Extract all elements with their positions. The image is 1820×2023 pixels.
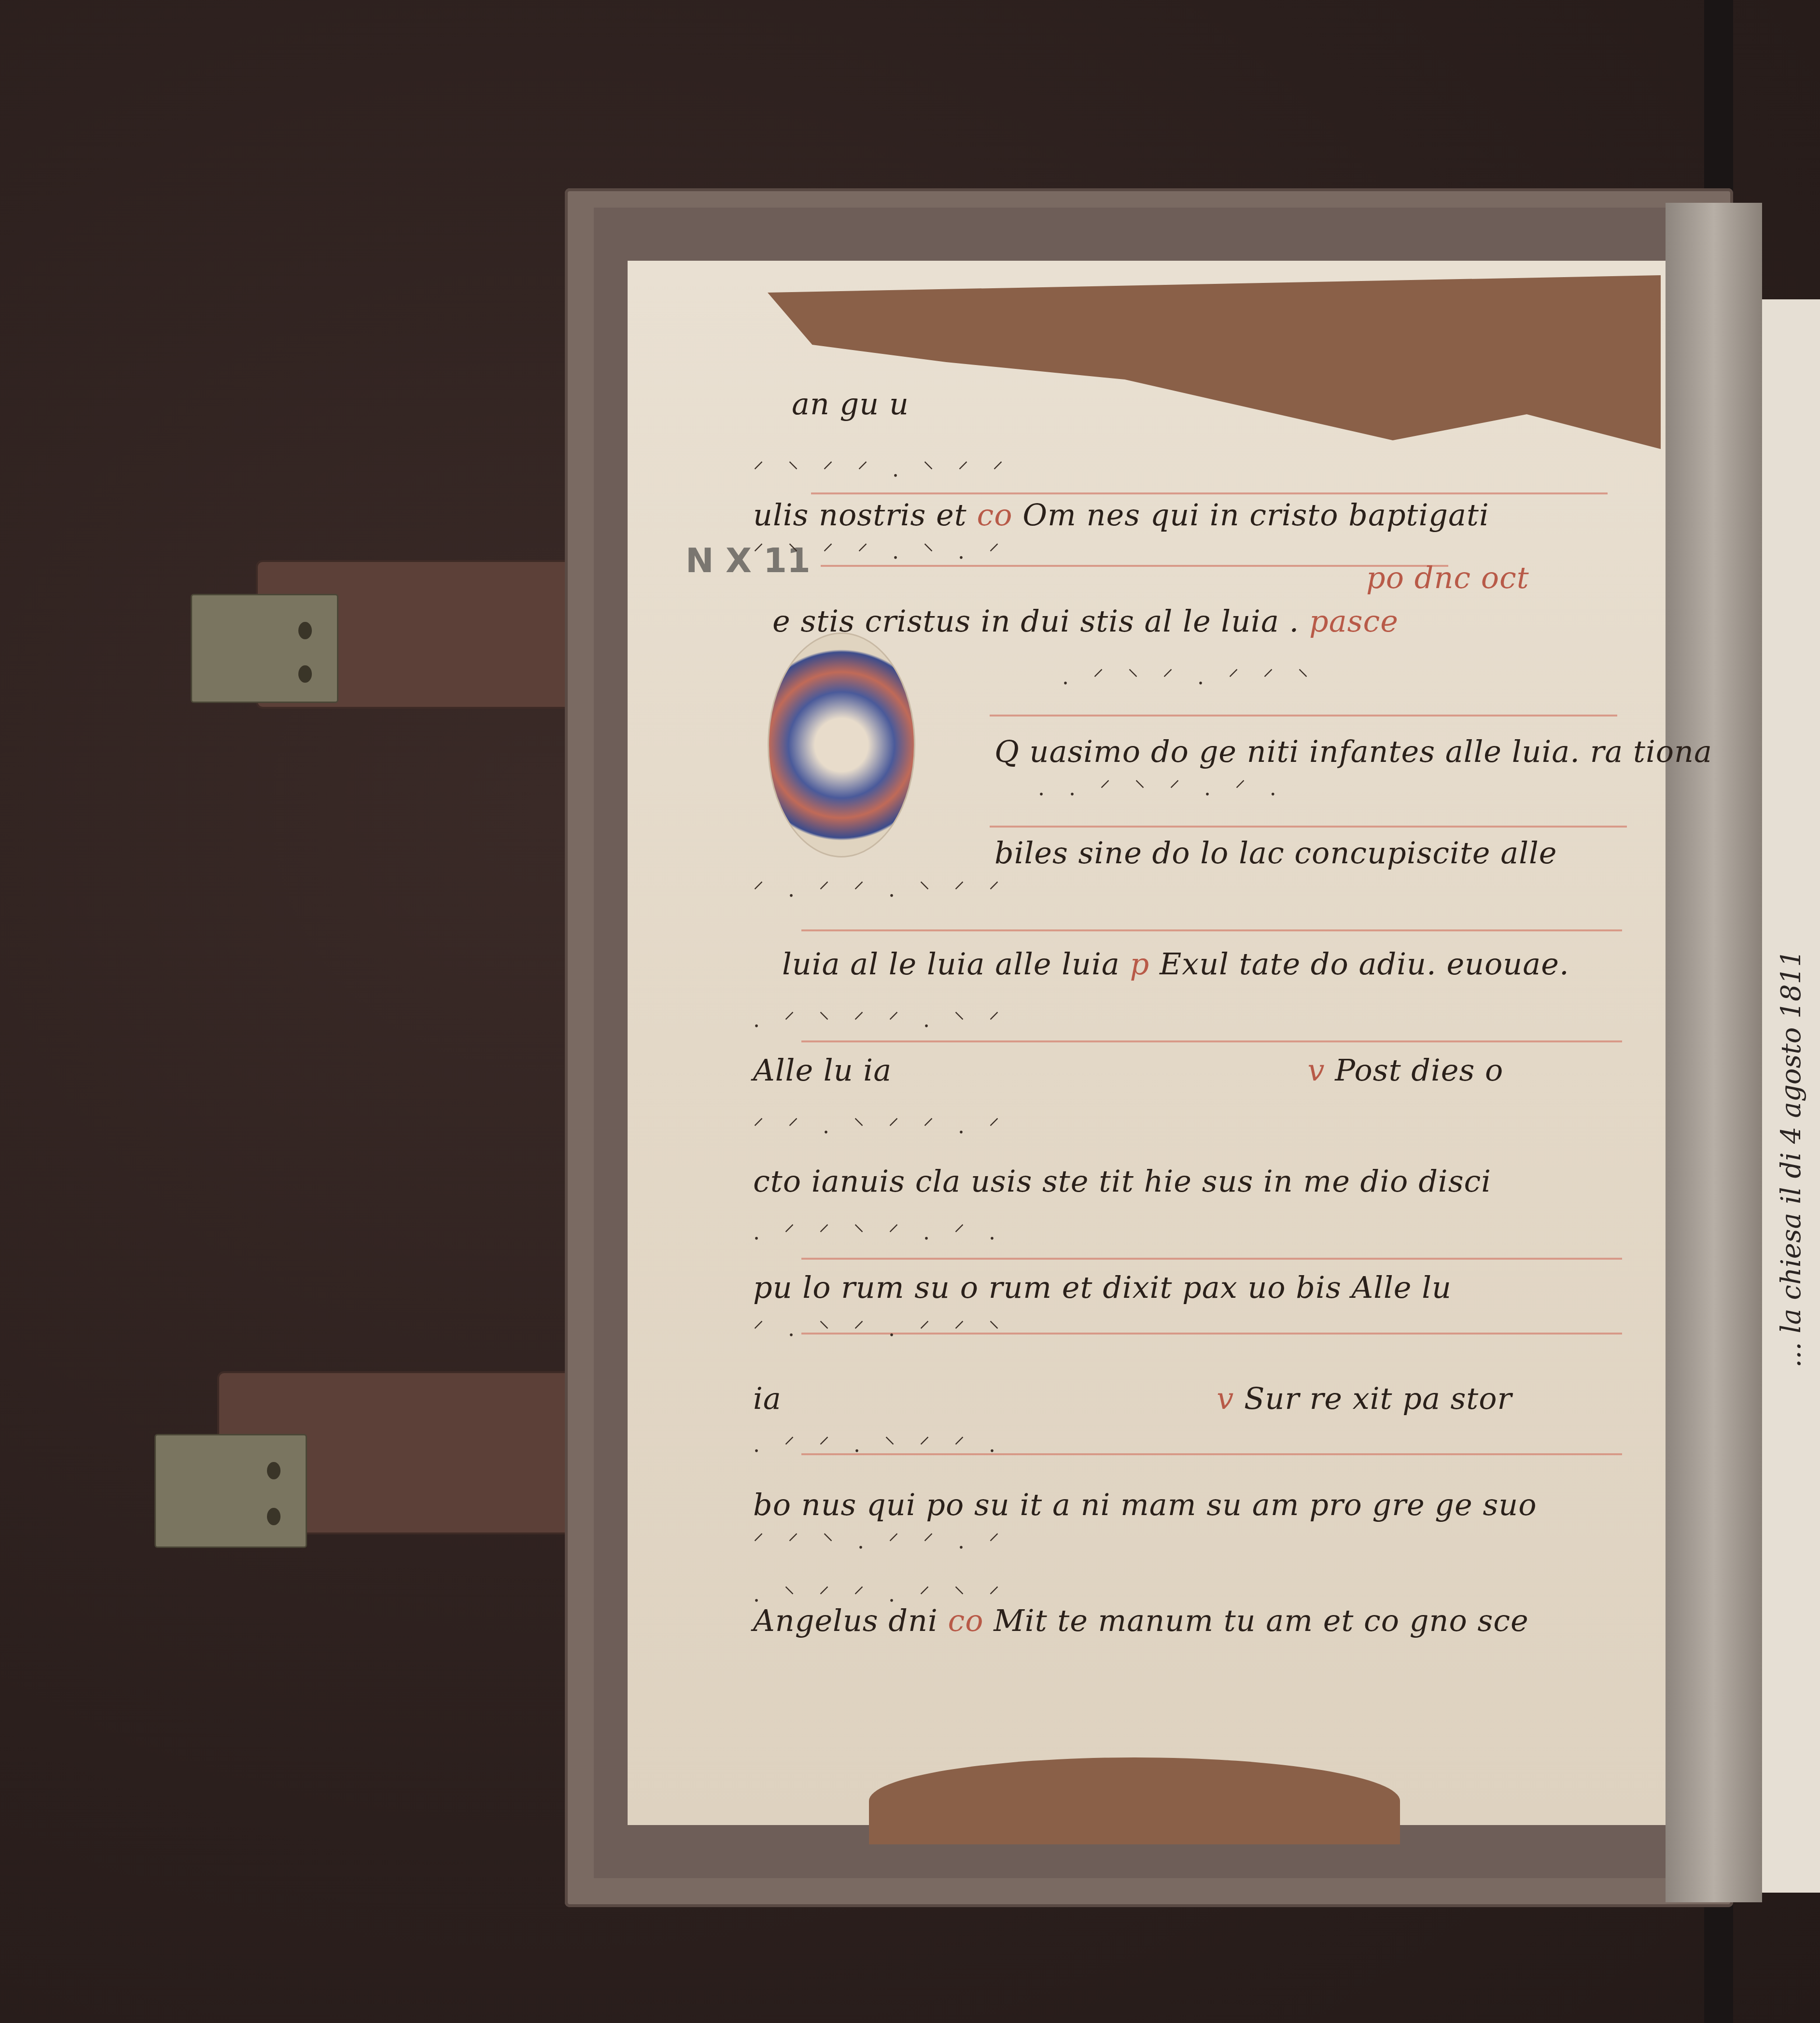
text-line: pu lo rum su o rum et dixit pax uo bis A… (753, 1270, 1452, 1305)
staff-line (811, 492, 1608, 494)
staff-line (990, 715, 1617, 716)
rivet (298, 665, 312, 683)
rubric: co (948, 1603, 984, 1638)
rivet (298, 622, 312, 639)
text-line: ulis nostris et co Om nes qui in cristo … (753, 497, 1489, 533)
text-line: Q uasimo do ge niti infantes alle luia. … (994, 734, 1712, 769)
rubric: p (1130, 946, 1150, 982)
staff-line (990, 826, 1627, 828)
staff-line (801, 1040, 1622, 1042)
leather-pastedown-bottom (869, 1757, 1400, 1844)
rubric: po dnc oct (1366, 560, 1529, 595)
text-line: an gu u (792, 386, 909, 421)
text-line: Alle lu ia v Post dies o (753, 1053, 1503, 1088)
neume-row: ⸍ ⸍ ⸌ . ⸍ ⸍ . ⸍ (753, 1526, 1008, 1555)
neume-row: . . ⸍ ⸌ ⸍ . ⸍ . (1038, 773, 1285, 801)
neume-row: . ⸍ ⸍ . ⸌ ⸍ ⸍ . (753, 1429, 1004, 1458)
neume-row: ⸍ . ⸍ ⸍ . ⸌ ⸍ ⸍ (753, 874, 1008, 903)
neume-row: ⸍ ⸌ ⸍ ⸍ . ⸌ . ⸍ (753, 536, 1008, 565)
rubric: co (977, 497, 1012, 533)
spine-sewing (1666, 203, 1762, 1902)
rubric: v (1217, 1381, 1234, 1416)
rivet (267, 1462, 280, 1479)
text-line: bo nus qui po su it a ni mam su am pro g… (753, 1487, 1537, 1522)
text-line: po dnc oct (1366, 560, 1529, 595)
handwritten-margin-note: ... la chiesa il di 4 agosto 1811 (1762, 821, 1820, 1497)
rubric: v (1308, 1053, 1325, 1088)
illuminated-initial-q (768, 632, 915, 857)
neume-row: ⸍ ⸌ ⸍ ⸍ . ⸌ ⸍ ⸍ (753, 454, 1012, 483)
text-line: biles sine do lo lac concupiscite alle (994, 835, 1557, 871)
staff-line (821, 565, 1448, 567)
neume-row: . ⸍ ⸍ ⸌ ⸍ . ⸍ . (753, 1217, 1004, 1246)
neume-row: ⸍ ⸍ . ⸌ ⸍ ⸍ . ⸍ (753, 1110, 1008, 1139)
text-line: luia al le luia alle luia p Exul tate do… (782, 946, 1569, 982)
text-line: Angelus dni co Mit te manum tu am et co … (753, 1603, 1529, 1638)
clasp-plate-upper (191, 594, 338, 703)
rubric: pasce (1309, 604, 1399, 639)
rivet (267, 1508, 280, 1525)
staff-line (801, 1258, 1622, 1260)
neume-row: . ⸍ ⸌ ⸍ ⸍ . ⸌ ⸍ (753, 1004, 1008, 1033)
clasp-plate-lower (154, 1434, 307, 1548)
text-line: cto ianuis cla usis ste tit hie sus in m… (753, 1164, 1491, 1199)
text-line: e stis cristus in dui stis al le luia . … (772, 604, 1399, 639)
staff-line (801, 929, 1622, 931)
text-line: ia v Sur re xit pa stor (753, 1381, 1512, 1416)
neume-row: ⸍ . ⸌ ⸍ . ⸍ ⸍ ⸌ (753, 1313, 1008, 1342)
neume-row: . ⸍ ⸌ ⸍ . ⸍ ⸍ ⸌ (1062, 661, 1317, 690)
